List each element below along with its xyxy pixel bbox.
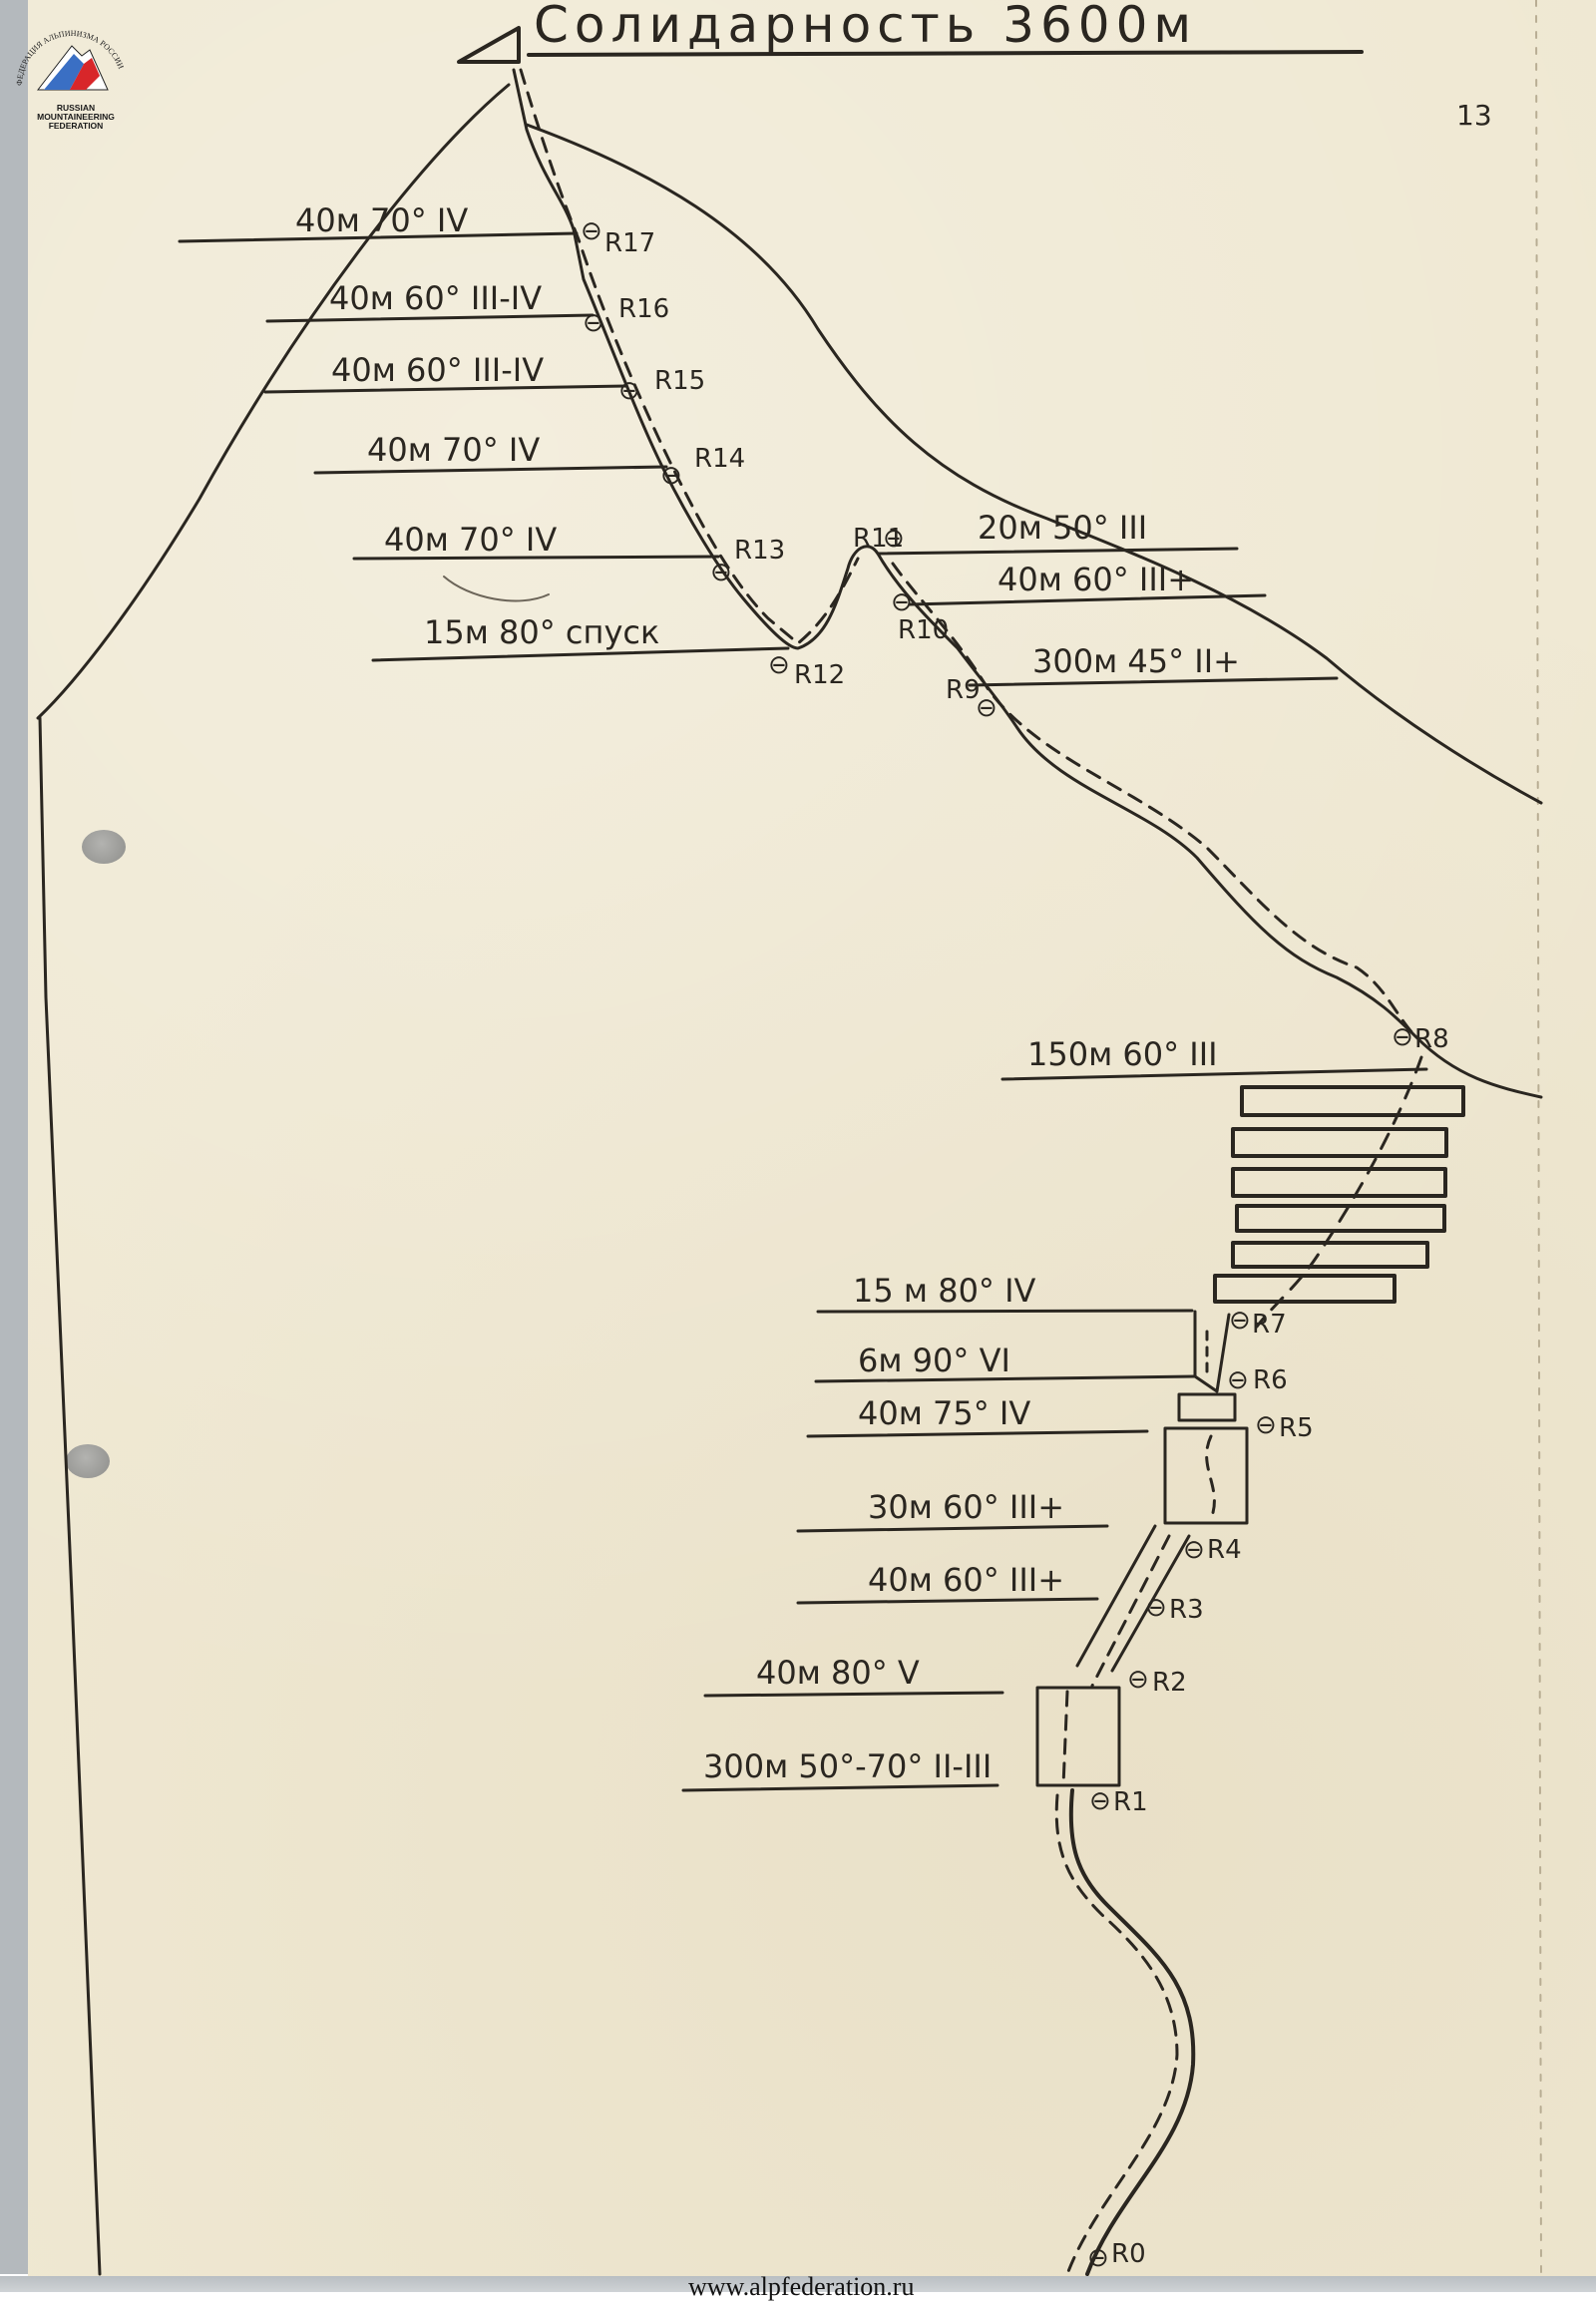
pitch-label: 40м 75° IV — [858, 1394, 1030, 1432]
pitch-label: 30м 60° III+ — [868, 1488, 1064, 1526]
belay-label: R8 — [1414, 1024, 1449, 1054]
belay-icon: ⊖ — [976, 693, 997, 723]
belay-icon: ⊖ — [1183, 1535, 1205, 1565]
pitch-label: 150м 60° III — [1027, 1035, 1218, 1073]
pitch-label: 300м 45° II+ — [1032, 642, 1240, 680]
belay-icon: ⊖ — [1127, 1665, 1149, 1695]
belay-label: R17 — [604, 228, 655, 258]
belay-label: R4 — [1207, 1535, 1242, 1565]
belay-label: R1 — [1113, 1787, 1148, 1817]
belay-icon: ⊖ — [1392, 1022, 1413, 1052]
belay-icon: ⊖ — [581, 216, 602, 246]
footer-url: www.alpfederation.ru — [688, 2272, 914, 2302]
belay-label: R3 — [1169, 1595, 1204, 1625]
margin-line — [40, 718, 100, 2274]
pitch-label: 40м 70° IV — [367, 431, 540, 469]
pitch-label: 20м 50° III — [978, 509, 1147, 547]
belay-icon: ⊖ — [768, 650, 790, 680]
belay-icon: ⊖ — [1089, 1786, 1111, 1816]
belay-icon: ⊖ — [1145, 1593, 1167, 1623]
belay-icon: ⊖ — [1087, 2243, 1109, 2273]
pitch-label: 40м 80° V — [756, 1654, 920, 1692]
belay-label: R7 — [1252, 1310, 1287, 1340]
belay-label: R14 — [694, 444, 745, 474]
pitch-label: 15 м 80° IV — [853, 1272, 1036, 1310]
belay-icon: ⊖ — [660, 461, 682, 491]
pitch-label: 40м 60° III-IV — [329, 279, 542, 317]
belay-label: R13 — [734, 536, 785, 566]
pitch-label: 40м 70° IV — [384, 521, 557, 559]
belay-label: R10 — [898, 615, 949, 645]
page-title: Солидарность 3600м — [534, 0, 1197, 54]
pitch-label: 300м 50°-70° II-III — [703, 1747, 992, 1785]
pitch-label: 15м 80° спуск — [424, 613, 659, 651]
route-topo-diagram: Солидарность 3600м 13 40м 70° IV 40м 60°… — [0, 0, 1596, 2306]
pitch-label: 40м 70° IV — [295, 201, 468, 239]
pitch-label: 40м 60° III+ — [868, 1561, 1064, 1599]
page-number: 13 — [1456, 99, 1492, 132]
belay-icon: ⊖ — [891, 587, 913, 617]
belay-icon: ⊖ — [710, 558, 732, 587]
pitch-label: 40м 60° III+ — [997, 561, 1194, 598]
belay-icon: ⊖ — [618, 376, 640, 406]
belay-label: R0 — [1111, 2239, 1146, 2269]
pitch-label: 6м 90° VI — [858, 1342, 1010, 1379]
belay-icon: ⊖ — [1255, 1410, 1277, 1440]
belay-label: R16 — [618, 294, 669, 324]
pitch-label: 40м 60° III-IV — [331, 351, 544, 389]
belay-label: R15 — [654, 366, 705, 396]
belay-label: R2 — [1152, 1668, 1187, 1698]
belay-label: R5 — [1279, 1413, 1314, 1443]
belay-label: R12 — [794, 660, 845, 690]
belay-label: R6 — [1253, 1365, 1288, 1395]
belay-icon: ⊖ — [1229, 1306, 1251, 1336]
belay-icon: ⊖ — [1227, 1365, 1249, 1395]
belay-icon: ⊖ — [883, 524, 905, 554]
belay-icon: ⊖ — [583, 308, 604, 338]
